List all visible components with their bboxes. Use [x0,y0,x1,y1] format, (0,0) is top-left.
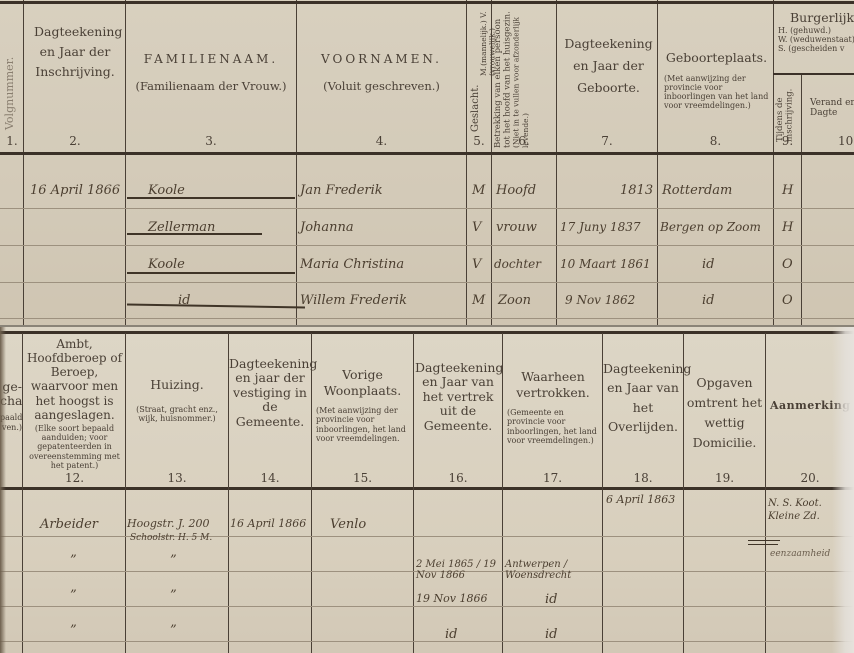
entry-geboorteplaats: Bergen op Zoom [660,220,761,234]
entry-burgerlijke-staat: H [782,183,793,198]
entry-huizing: ” [170,623,177,638]
column-number: 15. [312,471,413,485]
header-verandering: Verand en Dagte [810,98,854,119]
ruled-line [0,641,854,642]
header-familienaam: FAMILIENAAM. (Familienaam der Vrouw.) [126,52,296,93]
entry-vorige-woonplaats: Venlo [330,517,366,532]
entry-beroep: ” [70,553,77,568]
entry-voornamen: Johanna [300,220,354,235]
entry-geboorte: 17 Juny 1837 [560,220,640,234]
entry-betrekking: vrouw [496,220,537,235]
page-edge [832,327,854,653]
register-bottom-half: ge- chap paald ven.) Ambt, Hoofdberoep o… [0,327,854,653]
top-rule [0,1,854,4]
header-text: Vorige Woonplaats. [313,367,412,398]
column-divider [125,333,126,653]
ruled-line [0,245,854,246]
header-voornamen: VOORNAMEN. (Voluit geschreven.) [297,52,466,93]
binding-shadow [0,327,6,653]
entry-geboorte: 1813 [620,183,653,198]
column-number: 14. [229,471,311,485]
header-waarheen: Waarheen vertrokken. (Gemeente en provin… [504,369,602,445]
column-number: 19. [684,471,765,485]
column-divider [765,333,766,653]
header-text: Betrekking van elken persoon tot het hoo… [493,11,512,148]
ruled-line [0,536,854,537]
column-divider [23,0,24,327]
entry-waarheen: id [545,592,557,607]
header-domicilie: Opgaven omtrent het wettig Domicilie. [684,373,765,453]
header-dagteekening-geboorte: Dagteekening en Jaar der Geboorte. [560,33,657,99]
entry-aanmerking: eenzaamheid [770,549,830,559]
column-divider [502,333,503,653]
entry-geslacht: M [472,183,485,198]
entry-geslacht: V [472,257,481,272]
header-geboorteplaats: Geboorteplaats. (Met aanwijzing der prov… [660,50,773,110]
header-subtext: W. (weduwenstaat) [774,35,854,44]
header-text: Huizing. [128,377,226,393]
header-text: Waarheen vertrokken. [504,369,602,400]
entry-burgerlijke-staat: O [782,293,793,308]
entry-huizing: ” [170,588,177,603]
header-subtext: (Voluit geschreven.) [297,79,466,93]
top-rule [0,331,854,334]
column-number: 2. [26,134,124,148]
entry-burgerlijke-staat: O [782,257,793,272]
column-divider [556,0,557,327]
column-divider [22,333,23,653]
column-divider [311,333,312,653]
column-number: 4. [297,134,466,148]
column-divider [801,75,802,327]
entry-waarheen: Antwerpen / Woensdrecht [505,559,601,581]
entry-date-inschrijving: 16 April 1866 [30,183,120,198]
header-text: Burgerlijke [774,10,854,26]
entry-beroep: ” [70,588,77,603]
column-number: 1. [2,134,22,148]
entry-geboorte: 10 Maart 1861 [560,257,651,271]
header-huizing: Huizing. (Straat, gracht enz., wijk, hui… [128,377,226,423]
header-text: Geboorteplaats. [660,50,773,66]
entry-beroep: Arbeider [40,517,98,532]
entry-betrekking: Hoofd [496,183,536,198]
entry-huizing-secondary: Schoolstr. H. 5 M. [130,533,212,543]
strikethrough-line [127,233,262,235]
column-number: 9. [774,134,801,148]
header-text: FAMILIENAAM. [126,52,296,67]
column-divider [125,0,126,327]
entry-geboorte: 9 Nov 1862 [565,293,635,307]
annotation-line [748,544,778,545]
entry-burgerlijke-staat: H [782,220,793,235]
entry-huizing: Hoogstr. J. 200 [127,517,210,530]
entry-betrekking: dochter [494,257,541,271]
column-divider [657,0,658,327]
header-subtext: (Familienaam der Vrouw.) [126,79,296,93]
header-subtext: (Gemeente en provincie voor inboorlingen… [504,408,602,445]
column-number: 17. [503,471,602,485]
entry-overlijden: 6 April 1863 [606,493,675,506]
entry-voornamen: Willem Frederik [300,293,407,308]
column-number: 6. [492,134,556,148]
header-volgnummer: Volgnummer. [4,20,16,130]
entry-aanmerking: N. S. Koot. Kleine Zd. [768,497,838,523]
entry-beroep: ” [70,623,77,638]
column-number: 16. [414,471,502,485]
column-number: 18. [603,471,683,485]
entry-geboorteplaats: id [702,293,714,308]
column-number: 7. [557,134,657,148]
column-number: 12. [24,471,125,485]
header-vestiging: Dagteekening en jaar der vestiging in de… [229,357,311,429]
column-divider [466,0,467,327]
header-subtext: S. (gescheiden v [774,44,854,53]
strikethrough-line [127,197,295,199]
column-number: 10. [838,134,854,148]
strikethrough-line [127,272,295,274]
entry-geboorteplaats: id [702,257,714,272]
column-number: 13. [126,471,228,485]
entry-vertrek: 2 Mei 1865 / 19 Nov 1866 [416,559,502,581]
register-top-half: Volgnummer. Dagteekening en Jaar der Ins… [0,0,854,327]
header-dagteekening-inschrijving: Dagteekening en Jaar der Inschrijving. [26,22,124,82]
sub-header-rule [773,73,854,75]
entry-vertrek: id [445,627,457,642]
header-text: VOORNAMEN. [297,52,466,67]
entry-geboorteplaats: Rotterdam [662,183,732,198]
column-divider [296,0,297,327]
header-subtext: H. (gehuwd.) [774,26,854,35]
strikethrough-line [127,303,305,308]
entry-familienaam: Koole [148,183,185,198]
entry-voornamen: Jan Frederik [300,183,383,198]
column-number: 5. [467,134,491,148]
entry-geslacht: M [472,293,485,308]
ruled-line [0,282,854,283]
header-overlijden: Dagteekening en Jaar van het Overlijden. [603,359,683,437]
entry-waarheen: id [545,627,557,642]
header-vorige-woonplaats: Vorige Woonplaats. (Met aanwijzing der p… [313,367,412,443]
header-subtext: (Straat, gracht enz., wijk, huisnommer.) [128,405,226,423]
header-bottom-rule [0,487,854,490]
entry-betrekking: Zoon [498,293,531,308]
header-text: Dagteekening en Jaar der Inschrijving. [26,22,124,82]
header-vertrek: Dagteekening en Jaar van het vertrek uit… [415,361,501,433]
entry-vestiging: 16 April 1866 [230,517,306,530]
entry-familienaam: Koole [148,257,185,272]
column-divider [413,333,414,653]
ruled-line [0,318,854,319]
column-number: 8. [658,134,773,148]
header-bottom-rule [0,152,854,155]
ruled-line [0,606,854,607]
entry-voornamen: Maria Christina [300,257,404,272]
header-burgerlijke-staat: Burgerlijke H. (gehuwd.) W. (weduwenstaa… [774,10,854,53]
header-subtext: (Met aanwijzing der provincie voor inboo… [313,406,412,443]
header-text: Ambt, Hoofdberoep of Beroep, waarvoor me… [24,337,125,422]
header-subtext: (Niet in te vullen voor afzonderlijk lev… [512,17,530,148]
header-text: Geslacht. [470,85,481,132]
header-subtext: (Elke soort bepaald aanduiden; voor gepa… [24,424,125,470]
header-betrekking: Betrekking van elken persoon tot het hoo… [494,8,554,148]
entry-huizing: ” [170,553,177,568]
ruled-line [0,208,854,209]
header-tijdens: Tijdens de inschrijving. [776,82,795,142]
column-number: 3. [126,134,296,148]
entry-vertrek: 19 Nov 1866 [416,592,487,605]
annotation-line [748,540,780,541]
entry-geslacht: V [472,220,481,235]
header-subtext: (Met aanwijzing der provincie voor inboo… [660,74,773,111]
header-beroep: Ambt, Hoofdberoep of Beroep, waarvoor me… [24,337,125,470]
